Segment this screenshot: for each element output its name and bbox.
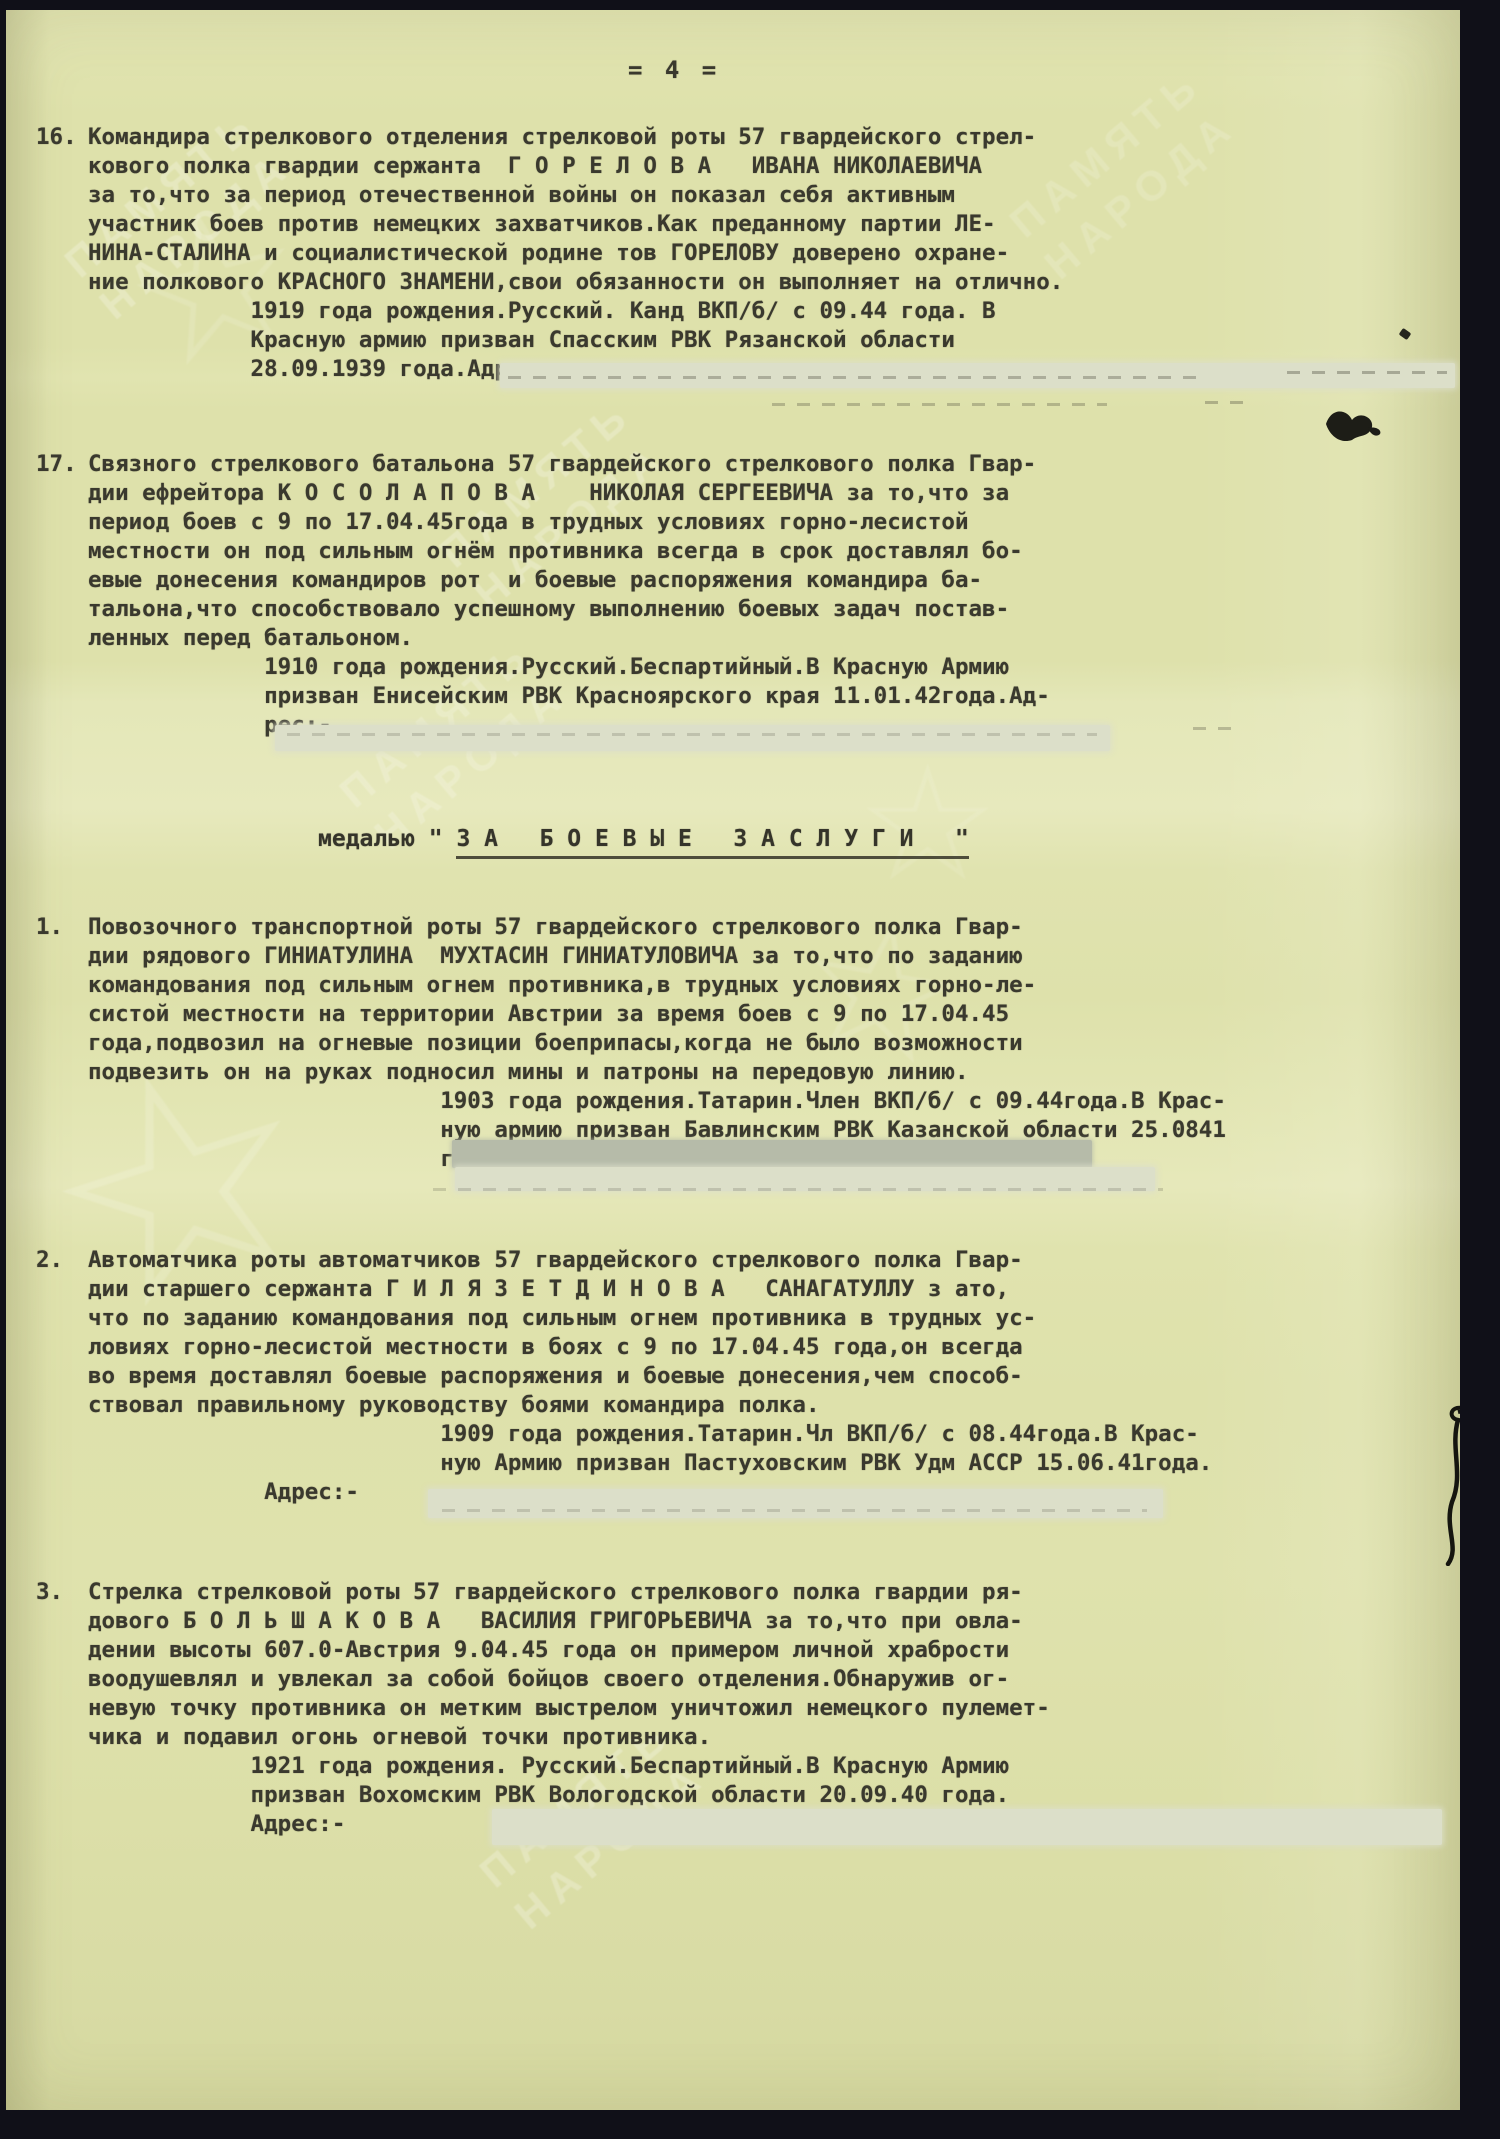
text-line: Красную армию призван Спасским РВК Рязан… — [88, 326, 1063, 355]
entry-text: Связного стрелкового батальона 57 гварде… — [88, 450, 1050, 740]
redaction-dashes — [442, 1509, 1147, 1512]
redaction-dashes — [772, 403, 1107, 406]
text-line: Связного стрелкового батальона 57 гварде… — [88, 450, 1050, 479]
text-line: во время доставлял боевые распоряжения и… — [88, 1362, 1212, 1391]
text-line: 1910 года рождения.Русский.Беспартийный.… — [88, 653, 1050, 682]
redaction-dashes — [433, 1188, 1163, 1191]
redacted-address-area — [492, 1809, 1442, 1845]
text-line: местности он под сильным огнём противник… — [88, 537, 1050, 566]
scan-edge-bottom — [0, 2110, 1500, 2139]
text-line: ние полкового КРАСНОГО ЗНАМЕНИ,свои обяз… — [88, 268, 1063, 297]
text-line: НИНА-СТАЛИНА и социалистической родине т… — [88, 239, 1063, 268]
redaction-dashes — [508, 376, 1198, 379]
text-line: Командира стрелкового отделения стрелков… — [88, 123, 1063, 152]
medal-heading-prefix: медалью " — [318, 826, 456, 852]
watermark-text: НАРОДА — [1034, 98, 1249, 291]
redacted-address-area — [452, 1140, 1092, 1168]
entry-number: 1. — [36, 913, 63, 942]
text-line: евые донесения командиров рот и боевые р… — [88, 566, 1050, 595]
text-line: Стрелка стрелковой роты 57 гвардейского … — [88, 1578, 1050, 1607]
text-line: что по заданию командования под сильным … — [88, 1304, 1212, 1333]
text-line: ленных перед батальоном. — [88, 624, 1050, 653]
text-line: дии рядового ГИНИАТУЛИНА МУХТАСИН ГИНИАТ… — [88, 942, 1226, 971]
entry-text: Командира стрелкового отделения стрелков… — [88, 123, 1063, 384]
redaction-dashes — [1205, 401, 1247, 404]
text-line: период боев с 9 по 17.04.45года в трудны… — [88, 508, 1050, 537]
entry-number: 2. — [36, 1246, 63, 1275]
award-entry-1: 1. Повозочного транспортной роты 57 гвар… — [88, 913, 1226, 1174]
scan-edge-left — [0, 0, 6, 2139]
text-line: года,подвозил на огневые позиции боеприп… — [88, 1029, 1226, 1058]
redaction-dashes — [1287, 371, 1447, 374]
redaction-dashes — [287, 733, 1097, 736]
redaction-dashes — [1193, 727, 1241, 730]
text-line: дении высоты 607.0-Австрия 9.04.45 года … — [88, 1636, 1050, 1665]
entry-text: Автоматчика роты автоматчиков 57 гвардей… — [88, 1246, 1212, 1507]
text-line: дового Б О Л Ь Ш А К О В А ВАСИЛИЯ ГРИГО… — [88, 1607, 1050, 1636]
award-entry-3: 3. Стрелка стрелковой роты 57 гвардейско… — [88, 1578, 1050, 1839]
scan-edge-right — [1460, 0, 1500, 2139]
text-line: 1909 года рождения.Татарин.Чл ВКП/б/ с 0… — [88, 1420, 1212, 1449]
award-entry-17: 17. Связного стрелкового батальона 57 гв… — [88, 450, 1050, 740]
text-line: подвезить он на руках подносил мины и па… — [88, 1058, 1226, 1087]
text-line: призван Вохомским РВК Вологодской област… — [88, 1781, 1050, 1810]
medal-name-underlined: З А Б О Е В Ы Е З А С Л У Г И " — [456, 826, 968, 859]
scan-edge-top — [0, 0, 1500, 10]
text-line: чика и подавил огонь огневой точки проти… — [88, 1723, 1050, 1752]
text-line: Повозочного транспортной роты 57 гвардей… — [88, 913, 1226, 942]
entry-text: Повозочного транспортной роты 57 гвардей… — [88, 913, 1226, 1174]
award-entry-2: 2. Автоматчика роты автоматчиков 57 гвар… — [88, 1246, 1212, 1507]
text-line: 1919 года рождения.Русский. Канд ВКП/б/ … — [88, 297, 1063, 326]
text-line: невую точку противника он метким выстрел… — [88, 1694, 1050, 1723]
entry-number: 17. — [36, 450, 77, 479]
text-line: воодушевлял и увлекал за собой бойцов св… — [88, 1665, 1050, 1694]
text-line: Автоматчика роты автоматчиков 57 гвардей… — [88, 1246, 1212, 1275]
text-line: кового полка гвардии сержанта Г О Р Е Л … — [88, 152, 1063, 181]
text-line: ную Армию призван Пастуховским РВК Удм А… — [88, 1449, 1212, 1478]
entry-number: 16. — [36, 123, 77, 152]
entry-number: 3. — [36, 1578, 63, 1607]
entry-text: Стрелка стрелковой роты 57 гвардейского … — [88, 1578, 1050, 1839]
text-line: командования под сильным огнем противник… — [88, 971, 1226, 1000]
text-line: 1903 года рождения.Татарин.Член ВКП/б/ с… — [88, 1087, 1226, 1116]
redacted-address-area — [428, 1489, 1163, 1518]
award-entry-16: 16. Командира стрелкового отделения стре… — [88, 123, 1063, 384]
text-line: тальона,что способствовало успешному вып… — [88, 595, 1050, 624]
text-line: за то,что за период отечественной войны … — [88, 181, 1063, 210]
text-line: дии ефрейтора К О С О Л А П О В А НИКОЛА… — [88, 479, 1050, 508]
redacted-address-area — [275, 725, 1110, 751]
text-line: ловиях горно-лесистой местности в боях с… — [88, 1333, 1212, 1362]
ink-blot-artifact — [1322, 400, 1384, 446]
scanned-document: ПАМЯТЬ НАРОДА ПАМЯТЬ НАРОДА ПАМЯТЬ НАРОД… — [0, 0, 1500, 2139]
medal-section-heading: медалью " З А Б О Е В Ы Е З А С Л У Г И … — [318, 826, 969, 852]
text-line: ствовал правильному руководству боями ко… — [88, 1391, 1212, 1420]
text-line: призван Енисейским РВК Красноярского кра… — [88, 682, 1050, 711]
page-number: = 4 = — [628, 56, 720, 84]
watermark-star-icon: ☆ — [856, 730, 999, 917]
text-line: 1921 года рождения. Русский.Беспартийный… — [88, 1752, 1050, 1781]
text-line: участник боев против немецких захватчико… — [88, 210, 1063, 239]
text-line: систой местности на территории Австрии з… — [88, 1000, 1226, 1029]
text-line: дии старшего сержанта Г И Л Я З Е Т Д И … — [88, 1275, 1212, 1304]
